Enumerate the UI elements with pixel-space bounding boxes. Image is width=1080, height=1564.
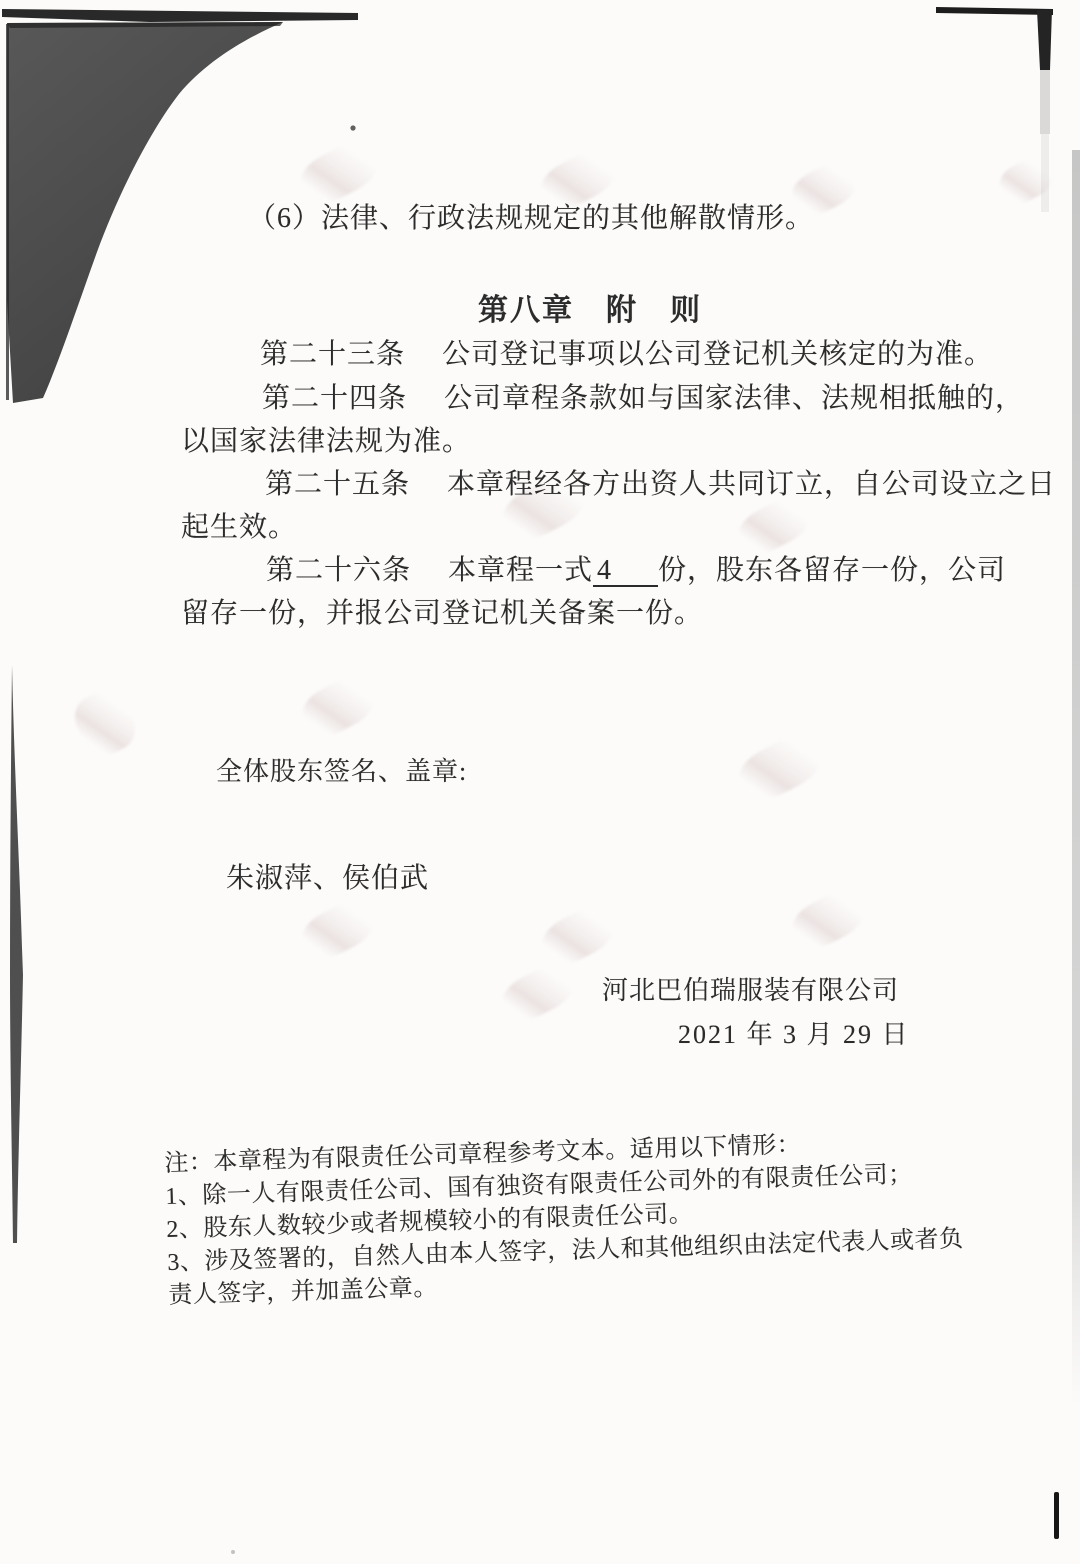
scan-smudge — [786, 884, 870, 956]
footnote-block: 注：本章程为有限责任公司章程参考文本。适用以下情形： 1、除一人有限责任公司、国… — [164, 1123, 999, 1313]
signature-date: 2021 年 3 月 29 日 — [678, 1020, 910, 1051]
scan-smudge — [732, 491, 815, 561]
company-name: 河北巴伯瑞服装有限公司 — [602, 976, 899, 1007]
article-25-line-2: 起生效。 — [181, 511, 297, 544]
article-24-line-2: 以国家法律法规为准。 — [181, 425, 471, 458]
top-edge-line — [2, 9, 358, 22]
clause-6-line: （6）法律、行政法规规定的其他解散情形。 — [248, 202, 814, 235]
scan-smudge — [296, 894, 380, 966]
article-26-suffix: 份，股东各留存一份，公司 — [658, 555, 1006, 586]
scan-smudge — [294, 135, 384, 211]
scanned-document-page: （6）法律、行政法规规定的其他解散情形。 第八章 附 则 第二十三条 公司登记事… — [0, 0, 1080, 1564]
bottom-right-tick — [1054, 1492, 1059, 1539]
shareholder-names: 朱淑萍、侯伯武 — [226, 862, 429, 895]
left-edge-mark — [10, 665, 23, 1243]
scan-smudge — [295, 670, 380, 744]
scan-smudge — [536, 900, 620, 972]
scan-smudge — [994, 152, 1058, 209]
corner-fold-shadow — [7, 22, 283, 403]
scan-smudge — [496, 958, 579, 1028]
article-26-line-1: 第二十六条 本章程一式4份，股东各留存一份，公司 — [266, 554, 1006, 587]
article-24-line-1: 第二十四条 公司章程条款如与国家法律、法规相抵触的， — [262, 382, 1024, 415]
article-23-line: 第二十三条 公司登记事项以公司登记机关核定的为准。 — [260, 338, 993, 371]
scan-smudge — [732, 728, 829, 809]
article-26-prefix: 第二十六条 本章程一式 — [266, 555, 593, 586]
article-25-line-1: 第二十五条 本章程经各方出资人共同订立，自公司设立之日 — [265, 468, 1056, 501]
right-edge-strip — [1072, 150, 1080, 1405]
shareholder-signature-label: 全体股东签名、盖章: — [216, 757, 467, 788]
article-26-line-2: 留存一份，并报公司登记机关备案一份。 — [181, 597, 703, 630]
top-right-corner-mark — [936, 7, 1053, 15]
stray-dot — [231, 1550, 235, 1554]
scan-smudge — [67, 683, 143, 763]
chapter-heading: 第八章 附 则 — [478, 293, 702, 328]
copies-filled-blank: 4 — [593, 557, 658, 587]
stray-dot — [350, 125, 355, 130]
